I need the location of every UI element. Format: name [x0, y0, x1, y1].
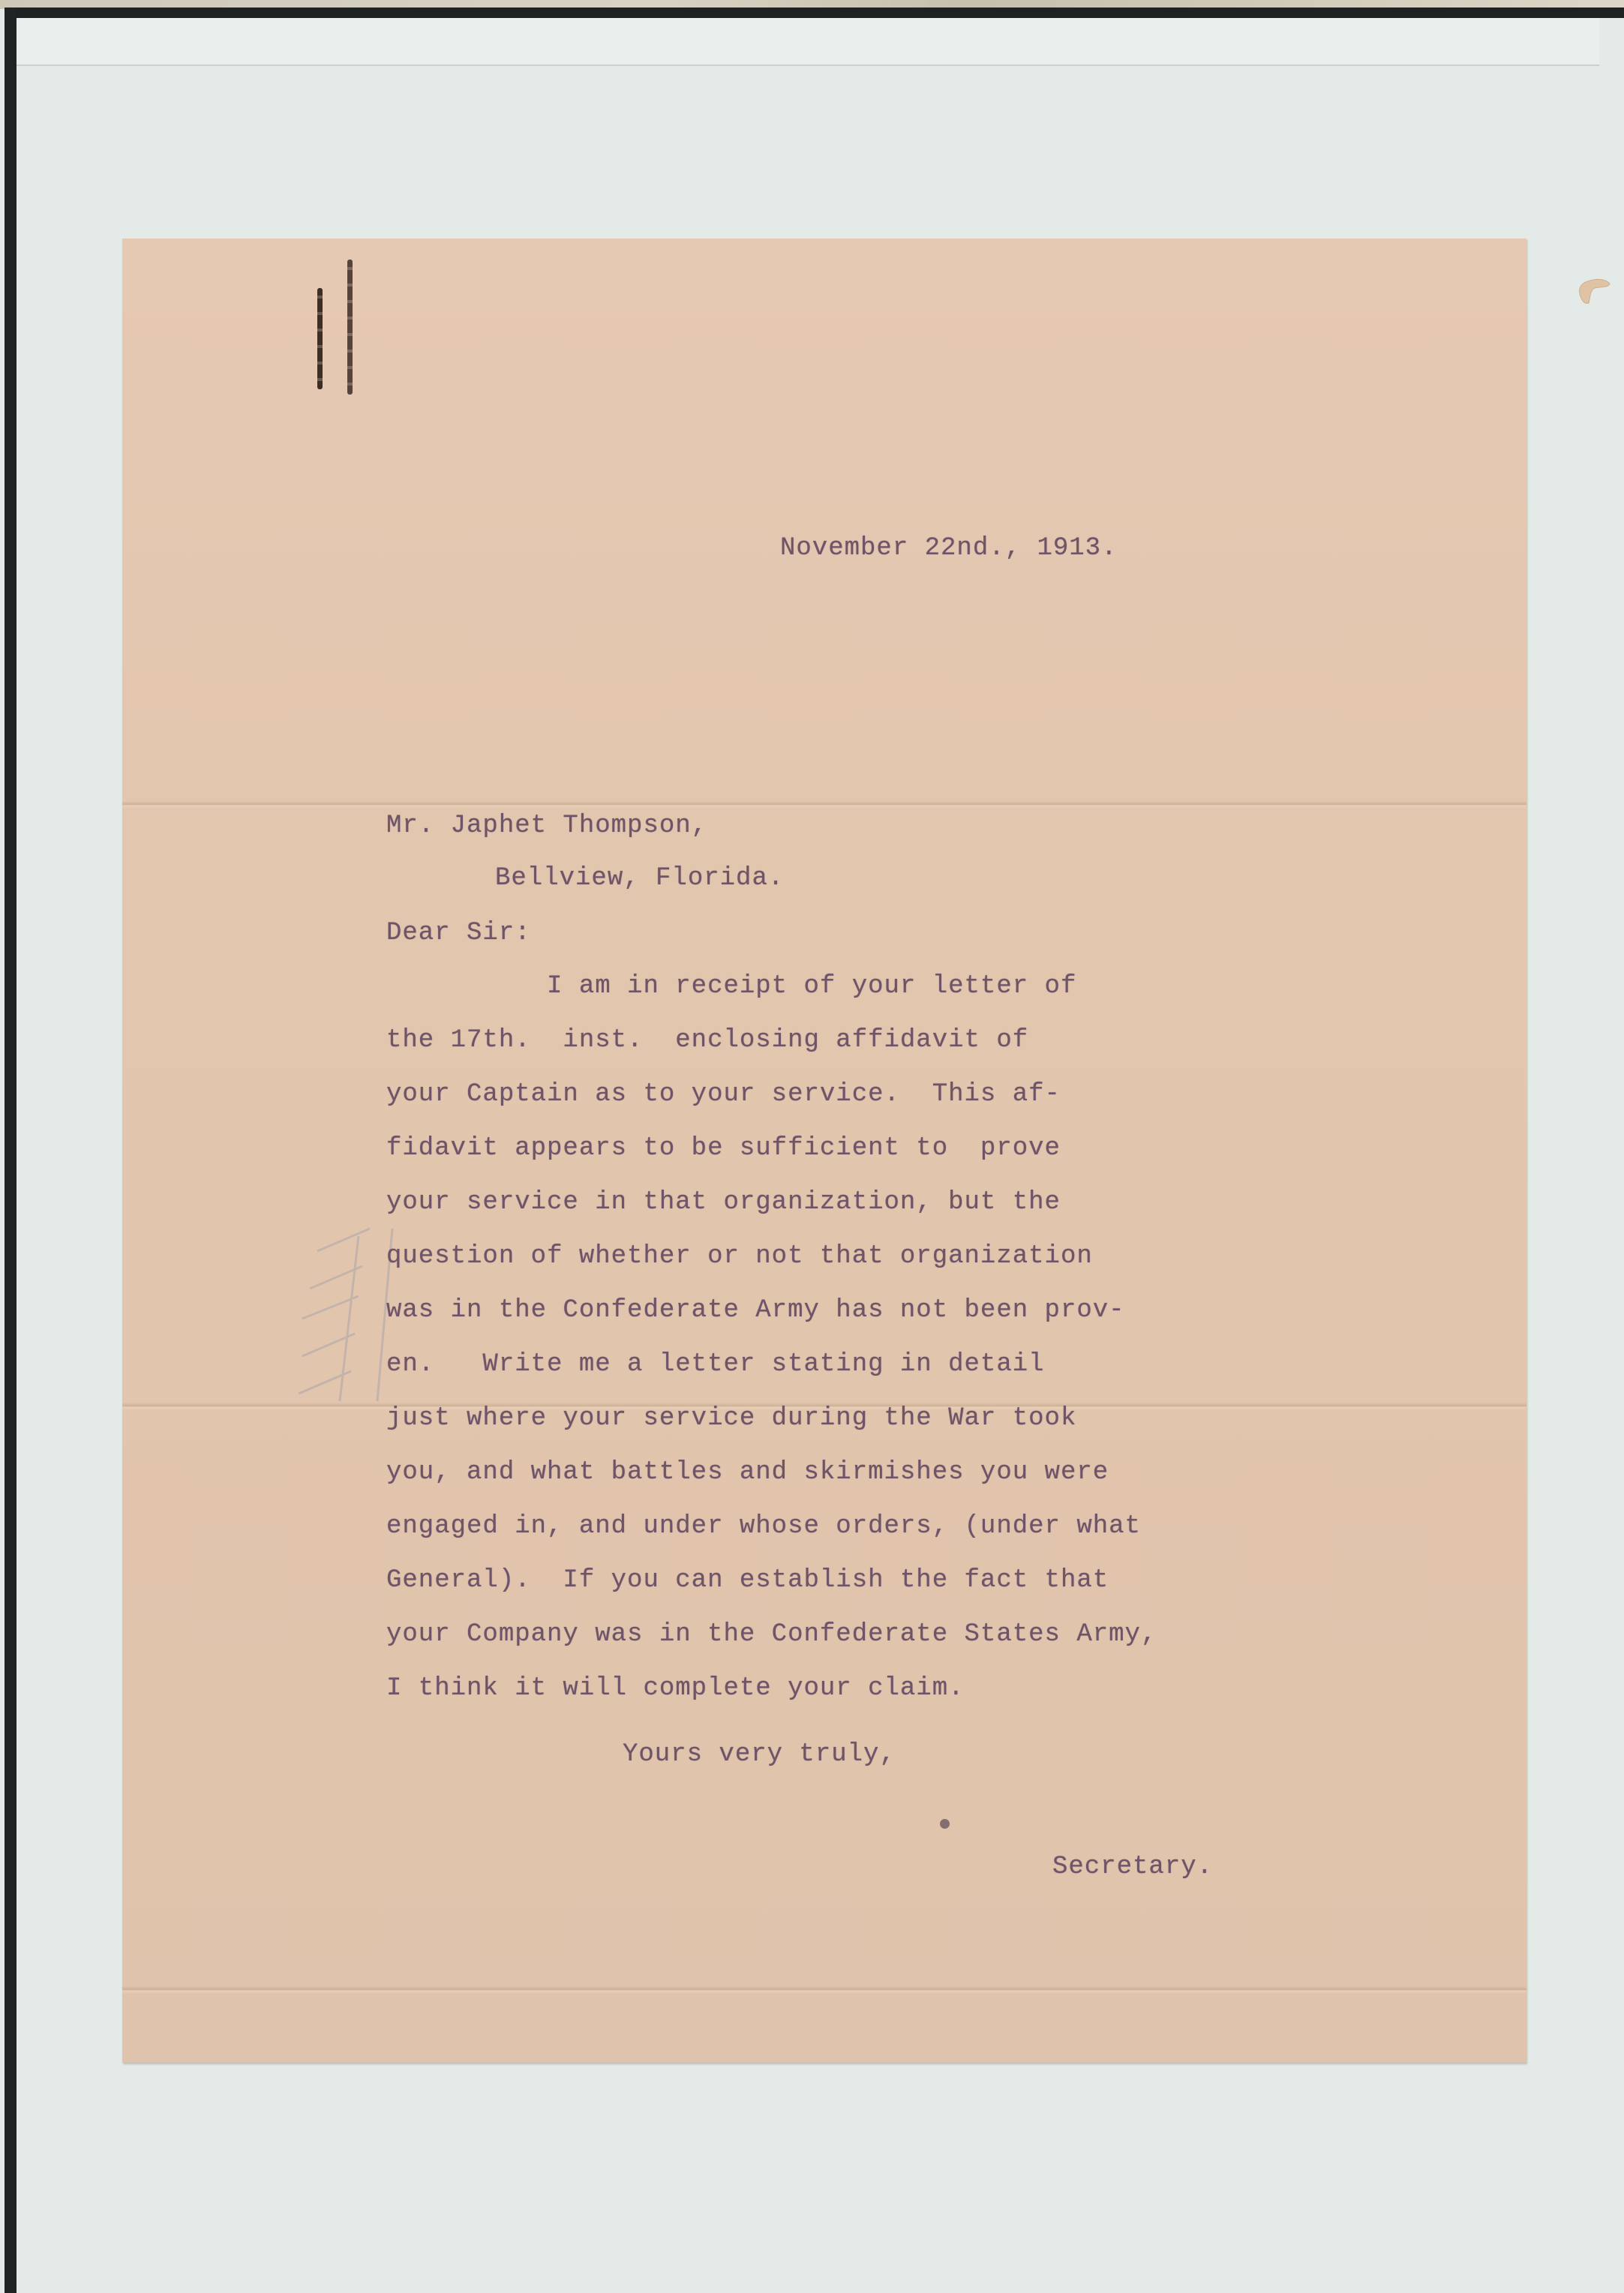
salutation: Dear Sir:: [386, 919, 531, 947]
body-line: the 17th. inst. enclosing affidavit of: [386, 1026, 1028, 1055]
ink-blot: [940, 1819, 950, 1829]
signature-title: Secretary.: [1052, 1853, 1213, 1881]
body-line: question of whether or not that organiza…: [386, 1242, 1093, 1271]
body-line: I am in receipt of your letter of: [386, 972, 1076, 1001]
staple-hole-mark: [317, 288, 323, 389]
closing: Yours very truly,: [623, 1740, 896, 1769]
scanner-left-border: [5, 8, 17, 2293]
body-line: en. Write me a letter stating in detail: [386, 1350, 1045, 1379]
letter-date: November 22nd., 1913.: [780, 534, 1117, 563]
staple-hole-mark: [347, 260, 353, 395]
body-line: I think it will complete your claim.: [386, 1674, 965, 1703]
paper-fold: [122, 1986, 1526, 1994]
mount-top-band: [17, 18, 1599, 66]
torn-paper-fragment-icon: [1574, 272, 1613, 311]
body-line: just where your service during the War t…: [386, 1404, 1076, 1433]
body-line: engaged in, and under whose orders, (und…: [386, 1512, 1141, 1541]
addressee-location: Bellview, Florida.: [495, 864, 784, 893]
scanner-top-border: [5, 8, 1624, 18]
body-line: you, and what battles and skirmishes you…: [386, 1458, 1109, 1487]
body-line: fidavit appears to be sufficient to prov…: [386, 1134, 1061, 1163]
addressee-name: Mr. Japhet Thompson,: [386, 812, 707, 840]
body-line: was in the Confederate Army has not been…: [386, 1296, 1125, 1325]
paper-fold: [122, 801, 1526, 809]
body-line: your Captain as to your service. This af…: [386, 1080, 1061, 1109]
body-line: General). If you can establish the fact …: [386, 1566, 1109, 1595]
body-line: your Company was in the Confederate Stat…: [386, 1620, 1157, 1649]
body-line: your service in that organization, but t…: [386, 1188, 1061, 1217]
pencil-scribble-icon: [287, 1161, 400, 1409]
